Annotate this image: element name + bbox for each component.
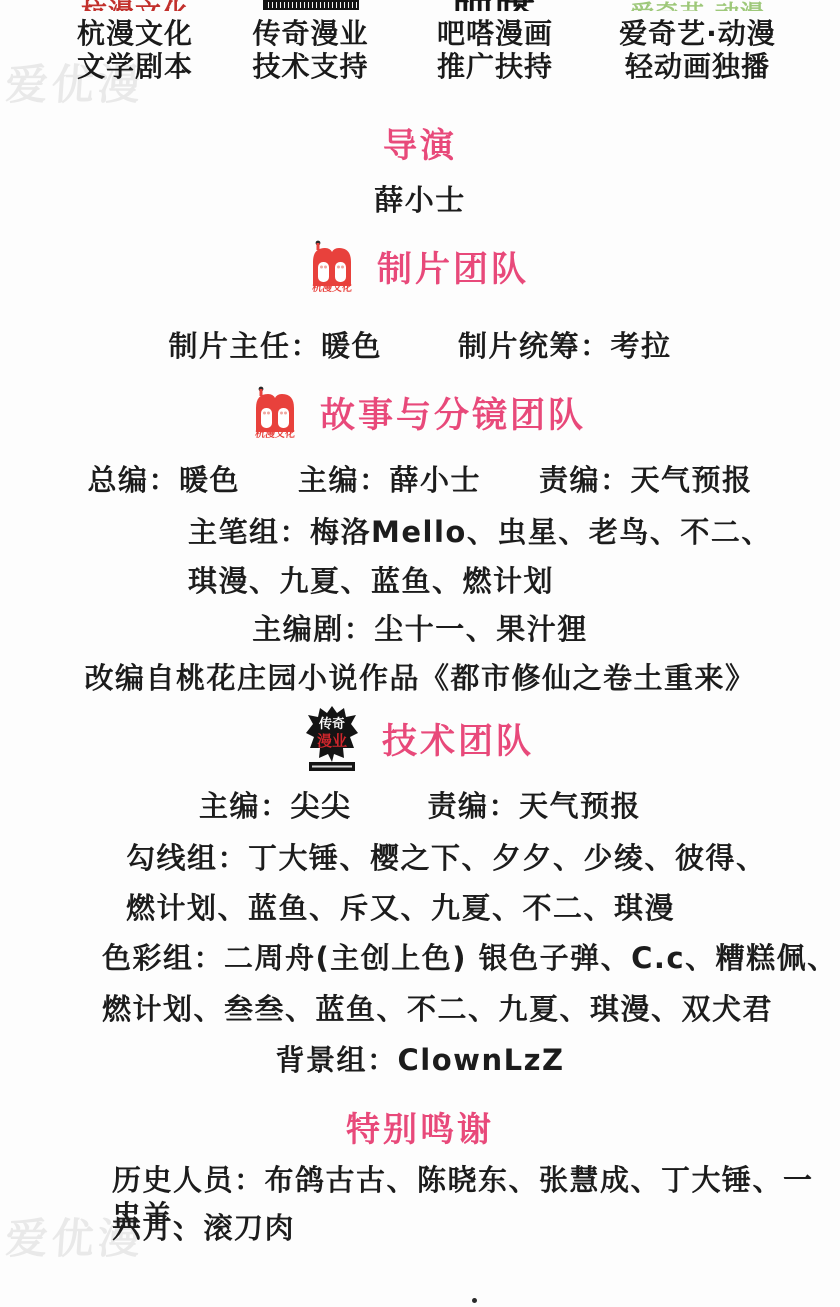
role-value: 暖色 <box>321 329 382 363</box>
role-label: 制片主任： <box>168 329 321 363</box>
credit-label: 主编剧： <box>252 612 374 646</box>
credit-names: 二周舟(主创上色) 银色子弹、C.c、糟糕佩、 <box>224 941 838 975</box>
hangman-culture-logo-icon: 杭漫文化 <box>55 0 215 11</box>
script-group-line: 主编剧：尘十一、果汁狸 <box>0 611 840 647</box>
director-name: 薛小士 <box>0 182 840 218</box>
role-value: 薛小士 <box>390 463 482 497</box>
role-pair: 制片统筹：考拉 <box>458 328 672 364</box>
partner-column-hangman: 杭漫文化 杭漫文化 文学剧本 <box>55 0 215 83</box>
role-label: 责编： <box>539 463 631 497</box>
role-value: 暖色 <box>179 463 240 497</box>
role-value: 尖尖 <box>290 789 351 823</box>
partner-role: 推广扶持 <box>405 50 585 83</box>
credit-label: 色彩组： <box>102 941 224 975</box>
credits-page: 爱优漫 爱优漫 杭漫文化 杭漫文化 文学剧本 传奇漫业 技术支持 吧嗒 吧嗒漫画… <box>0 0 840 1307</box>
color-group-line1: 色彩组：二周舟(主创上色) 银色子弹、C.c、糟糕佩、 <box>0 940 840 976</box>
role-label: 责编： <box>428 789 520 823</box>
pen-group-line2: 琪漫、九夏、蓝鱼、燃计划 <box>0 563 840 599</box>
credit-label: 勾线组： <box>126 841 248 875</box>
section-title-thanks: 特别鸣谢 <box>0 1102 840 1151</box>
credit-label: 主笔组： <box>188 515 310 549</box>
lineart-group-line2: 燃计划、蓝鱼、斥又、九夏、不二、琪漫 <box>0 890 840 926</box>
role-label: 主编： <box>199 789 291 823</box>
role-value: 考拉 <box>611 329 672 363</box>
pen-group-line1: 主笔组：梅洛Mello、虫星、老鸟、不二、 <box>0 514 840 550</box>
history-group-line2: 六月、滚刀肉 <box>0 1210 840 1246</box>
partner-role: 轻动画独播 <box>595 50 800 83</box>
credit-label: 历史人员： <box>112 1163 265 1197</box>
credit-names: 琪漫、九夏、蓝鱼、燃计划 <box>188 564 554 598</box>
hm-mascot-icon <box>254 386 296 432</box>
partner-name: 杭漫文化 <box>55 17 215 50</box>
story-heading: 杭漫文化 故事与分镜团队 <box>0 386 840 440</box>
role-pair: 主编：尖尖 <box>199 788 352 824</box>
legend-comic-logo-icon <box>263 0 359 10</box>
hm-logo-caption: 杭漫文化 <box>254 430 295 440</box>
section-title-story: 故事与分镜团队 <box>320 388 586 438</box>
role-pair: 总编：暖色 <box>87 462 240 498</box>
iqiyi-anime-logo-icon: 爱奇艺·动漫 <box>595 0 800 11</box>
role-pair: 主编：薛小士 <box>298 462 481 498</box>
legend-logo-top-text: 传奇 <box>318 716 345 732</box>
partner-role: 技术支持 <box>228 50 393 83</box>
credit-names: 六月、滚刀肉 <box>112 1211 295 1245</box>
section-title-tech: 技术团队 <box>382 714 534 764</box>
role-label: 总编： <box>87 463 179 497</box>
legend-logo-bottom-text: 漫业 <box>317 732 347 750</box>
partner-column-iqiyi: 爱奇艺·动漫 爱奇艺·动漫 轻动画独播 <box>595 0 800 83</box>
partner-name: 爱奇艺·动漫 <box>595 17 800 50</box>
credit-names: 燃计划、叁叁、蓝鱼、不二、九夏、琪漫、双犬君 <box>102 992 773 1026</box>
hm-mascot-icon <box>311 240 353 286</box>
production-heading: 杭漫文化 制片团队 <box>0 240 840 294</box>
partner-column-bada: 吧嗒 吧嗒漫画 推广扶持 <box>405 0 585 83</box>
tech-roles: 主编：尖尖 责编：天气预报 <box>0 788 840 824</box>
role-label: 主编： <box>298 463 390 497</box>
story-roles: 总编：暖色 主编：薛小士 责编：天气预报 <box>0 462 840 498</box>
section-title-production: 制片团队 <box>377 242 529 292</box>
role-value: 天气预报 <box>519 789 641 823</box>
legend-comic-logo: 传奇 漫业 <box>306 706 358 772</box>
credit-names: 尘十一、果汁狸 <box>374 612 588 646</box>
role-pair: 制片主任：暖色 <box>168 328 382 364</box>
color-group-line2: 燃计划、叁叁、蓝鱼、不二、九夏、琪漫、双犬君 <box>0 991 840 1027</box>
credit-label: 背景组： <box>276 1043 398 1077</box>
credit-names: ClownLzZ <box>398 1043 565 1077</box>
tech-heading: 传奇 漫业 技术团队 <box>0 706 840 772</box>
partner-column-legend: 传奇漫业 技术支持 <box>228 0 393 83</box>
hangman-culture-logo: 杭漫文化 <box>254 386 296 440</box>
ink-speck <box>472 1298 477 1303</box>
role-label: 制片统筹： <box>458 329 611 363</box>
hm-logo-caption: 杭漫文化 <box>311 284 352 294</box>
partner-name: 吧嗒漫画 <box>405 17 585 50</box>
role-pair: 责编：天气预报 <box>539 462 753 498</box>
credit-names: 丁大锤、樱之下、夕夕、少绫、彼得、 <box>248 841 767 875</box>
adaptation-note: 改编自桃花庄园小说作品《都市修仙之卷土重来》 <box>0 660 840 696</box>
lineart-group-line1: 勾线组：丁大锤、樱之下、夕夕、少绫、彼得、 <box>0 840 840 876</box>
credit-names: 梅洛Mello、虫星、老鸟、不二、 <box>310 515 772 549</box>
section-title-director: 导演 <box>0 118 840 167</box>
partner-role: 文学剧本 <box>55 50 215 83</box>
bada-comic-logo-icon: 吧嗒 <box>405 0 585 11</box>
role-pair: 责编：天气预报 <box>428 788 642 824</box>
partner-name: 传奇漫业 <box>228 17 393 50</box>
background-group-line: 背景组：ClownLzZ <box>0 1042 840 1078</box>
hangman-culture-logo: 杭漫文化 <box>311 240 353 294</box>
role-value: 天气预报 <box>631 463 753 497</box>
credit-names: 燃计划、蓝鱼、斥又、九夏、不二、琪漫 <box>126 891 675 925</box>
production-roles: 制片主任：暖色 制片统筹：考拉 <box>0 328 840 364</box>
